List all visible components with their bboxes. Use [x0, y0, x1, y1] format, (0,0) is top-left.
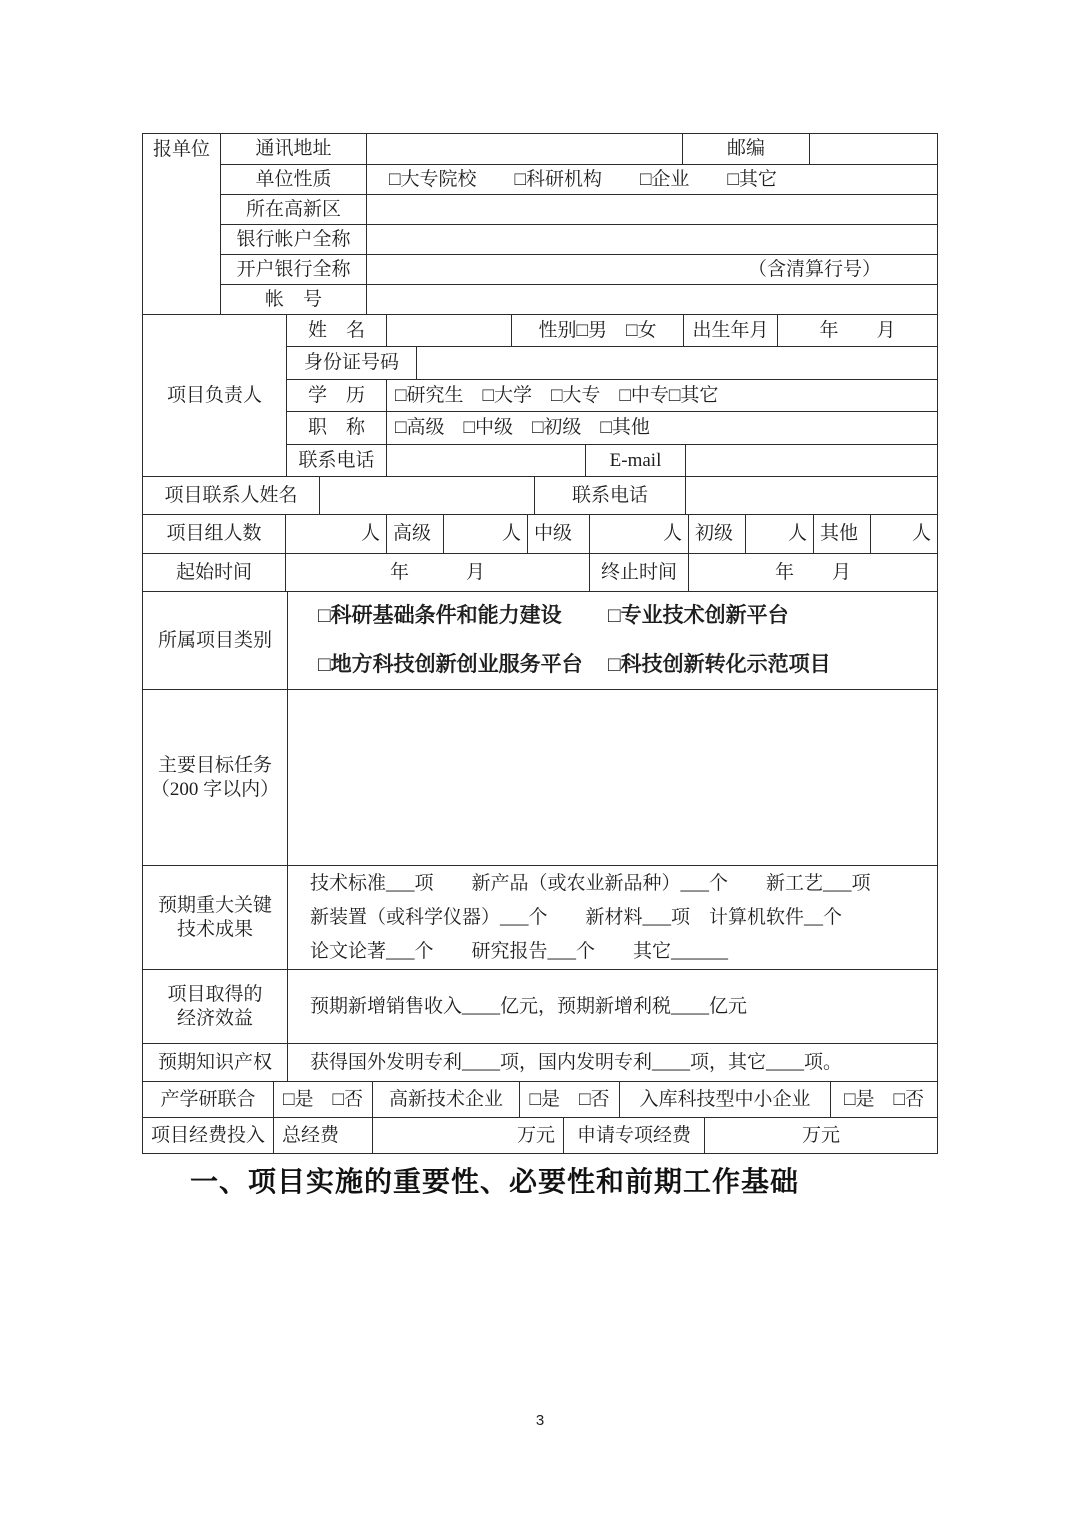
total-budget-label: 总经费: [273, 1117, 372, 1153]
start-time-label: 起始时间: [143, 553, 285, 591]
leader-side-label: 项目负责人: [143, 314, 286, 476]
ip-content: 获得国外发明专利____项，国内发明专利____项，其它____项。: [287, 1043, 937, 1081]
team-other-field: 人: [870, 514, 937, 553]
economic-benefit-label-line1: 项目取得的: [167, 983, 262, 1007]
achievements-line2: 新装置（或科学仪器）___个 新材料___项 计算机软件__个: [310, 901, 842, 935]
junior-field: 人: [745, 514, 813, 553]
sme-yesno: □是 □否: [830, 1081, 937, 1117]
leader-name-field: [386, 314, 511, 346]
senior-label: 高级: [386, 514, 443, 553]
category-option-1: □科研基础条件和能力建设: [318, 603, 608, 629]
bank-account-name-label: 银行帐户全称: [220, 224, 366, 254]
achievements-label-line1: 预期重大关键: [158, 894, 272, 918]
hightech-zone-label: 所在高新区: [220, 194, 366, 224]
cooperation-yesno: □是 □否: [273, 1081, 372, 1117]
end-time-label: 终止时间: [589, 553, 688, 591]
title-options: □高级 □中级 □初级 □其他: [386, 411, 937, 444]
objectives-field: [287, 689, 937, 865]
bank-name-note: （含清算行号）: [366, 254, 937, 284]
team-size-label: 项目组人数: [143, 514, 285, 553]
junior-label: 初级: [688, 514, 745, 553]
category-label: 所属项目类别: [143, 591, 287, 689]
id-number-label: 身份证号码: [286, 346, 416, 379]
cooperation-label: 产学研联合: [143, 1081, 273, 1117]
hightech-enterprise-label: 高新技术企业: [372, 1081, 519, 1117]
contact-phone-field: [685, 476, 937, 514]
leader-phone-field: [386, 444, 585, 476]
total-budget-field: 万元: [372, 1117, 563, 1153]
team-size-field: 人: [285, 514, 386, 553]
postcode-label: 邮编: [682, 134, 809, 164]
application-form-table: 报单位 通讯地址 邮编 单位性质 □大专院校 □科研机构 □企业 □其它 所在高…: [142, 133, 938, 1154]
leader-gender-options: 性别□男 □女: [511, 314, 683, 346]
special-fund-field: 万元: [704, 1117, 937, 1153]
special-fund-label: 申请专项经费: [563, 1117, 704, 1153]
address-label: 通讯地址: [220, 134, 366, 164]
postcode-field: [809, 134, 937, 164]
achievements-line1: 技术标准___项 新产品（或农业新品种）___个 新工艺___项: [310, 867, 871, 901]
education-label: 学 历: [286, 379, 386, 411]
team-other-label: 其他: [813, 514, 870, 553]
birth-date-field: 年 月: [777, 314, 937, 346]
section-1-heading: 一、项目实施的重要性、必要性和前期工作基础: [190, 1160, 1050, 1200]
objectives-label: 主要目标任务 （200 字以内）: [143, 689, 287, 865]
category-options: □科研基础条件和能力建设 □专业技术创新平台 □地方科技创新创业服务平台 □科技…: [287, 591, 937, 689]
unit-nature-label: 单位性质: [220, 164, 366, 194]
email-label: E-mail: [585, 444, 685, 476]
leader-phone-label: 联系电话: [286, 444, 386, 476]
hightech-enterprise-yesno: □是 □否: [519, 1081, 619, 1117]
objectives-label-line1: 主要目标任务: [158, 754, 272, 778]
middle-label: 中级: [527, 514, 589, 553]
senior-field: 人: [443, 514, 527, 553]
objectives-label-line2: （200 字以内）: [151, 778, 279, 802]
economic-benefit-content: 预期新增销售收入____亿元，预期新增利税____亿元: [287, 969, 937, 1043]
id-number-field: [416, 346, 937, 379]
title-label: 职 称: [286, 411, 386, 444]
hightech-zone-field: [366, 194, 937, 224]
leader-name-label: 姓 名: [286, 314, 386, 346]
unit-side-label: 报单位: [143, 134, 220, 314]
achievements-label-line2: 技术成果: [177, 918, 253, 942]
category-option-2: □专业技术创新平台: [608, 603, 831, 629]
education-options: □研究生 □大学 □大专 □中专□其它: [386, 379, 937, 411]
email-field: [685, 444, 937, 476]
ip-label: 预期知识产权: [143, 1043, 287, 1081]
account-number-field: [366, 284, 937, 314]
account-number-label: 帐 号: [220, 284, 366, 314]
end-time-field: 年 月: [688, 553, 937, 591]
sme-label: 入库科技型中小企业: [619, 1081, 830, 1117]
contact-name-label: 项目联系人姓名: [143, 476, 319, 514]
contact-name-field: [319, 476, 534, 514]
start-time-field: 年 月: [285, 553, 589, 591]
category-option-3: □地方科技创新创业服务平台: [318, 652, 608, 678]
birth-date-label: 出生年月: [683, 314, 777, 346]
funding-label: 项目经费投入: [143, 1117, 273, 1153]
contact-phone-label: 联系电话: [534, 476, 685, 514]
economic-benefit-label-line2: 经济效益: [177, 1007, 253, 1031]
page-number: 3: [0, 1412, 1080, 1429]
achievements-label: 预期重大关键 技术成果: [143, 865, 287, 969]
middle-field: 人: [589, 514, 688, 553]
economic-benefit-label: 项目取得的 经济效益: [143, 969, 287, 1043]
address-field: [366, 134, 682, 164]
unit-nature-options: □大专院校 □科研机构 □企业 □其它: [366, 164, 937, 194]
bank-name-label: 开户银行全称: [220, 254, 366, 284]
category-option-4: □科技创新转化示范项目: [608, 652, 831, 678]
bank-account-name-field: [366, 224, 937, 254]
achievements-line3: 论文论著___个 研究报告___个 其它______: [310, 935, 728, 969]
achievements-content: 技术标准___项 新产品（或农业新品种）___个 新工艺___项 新装置（或科学…: [287, 865, 937, 969]
